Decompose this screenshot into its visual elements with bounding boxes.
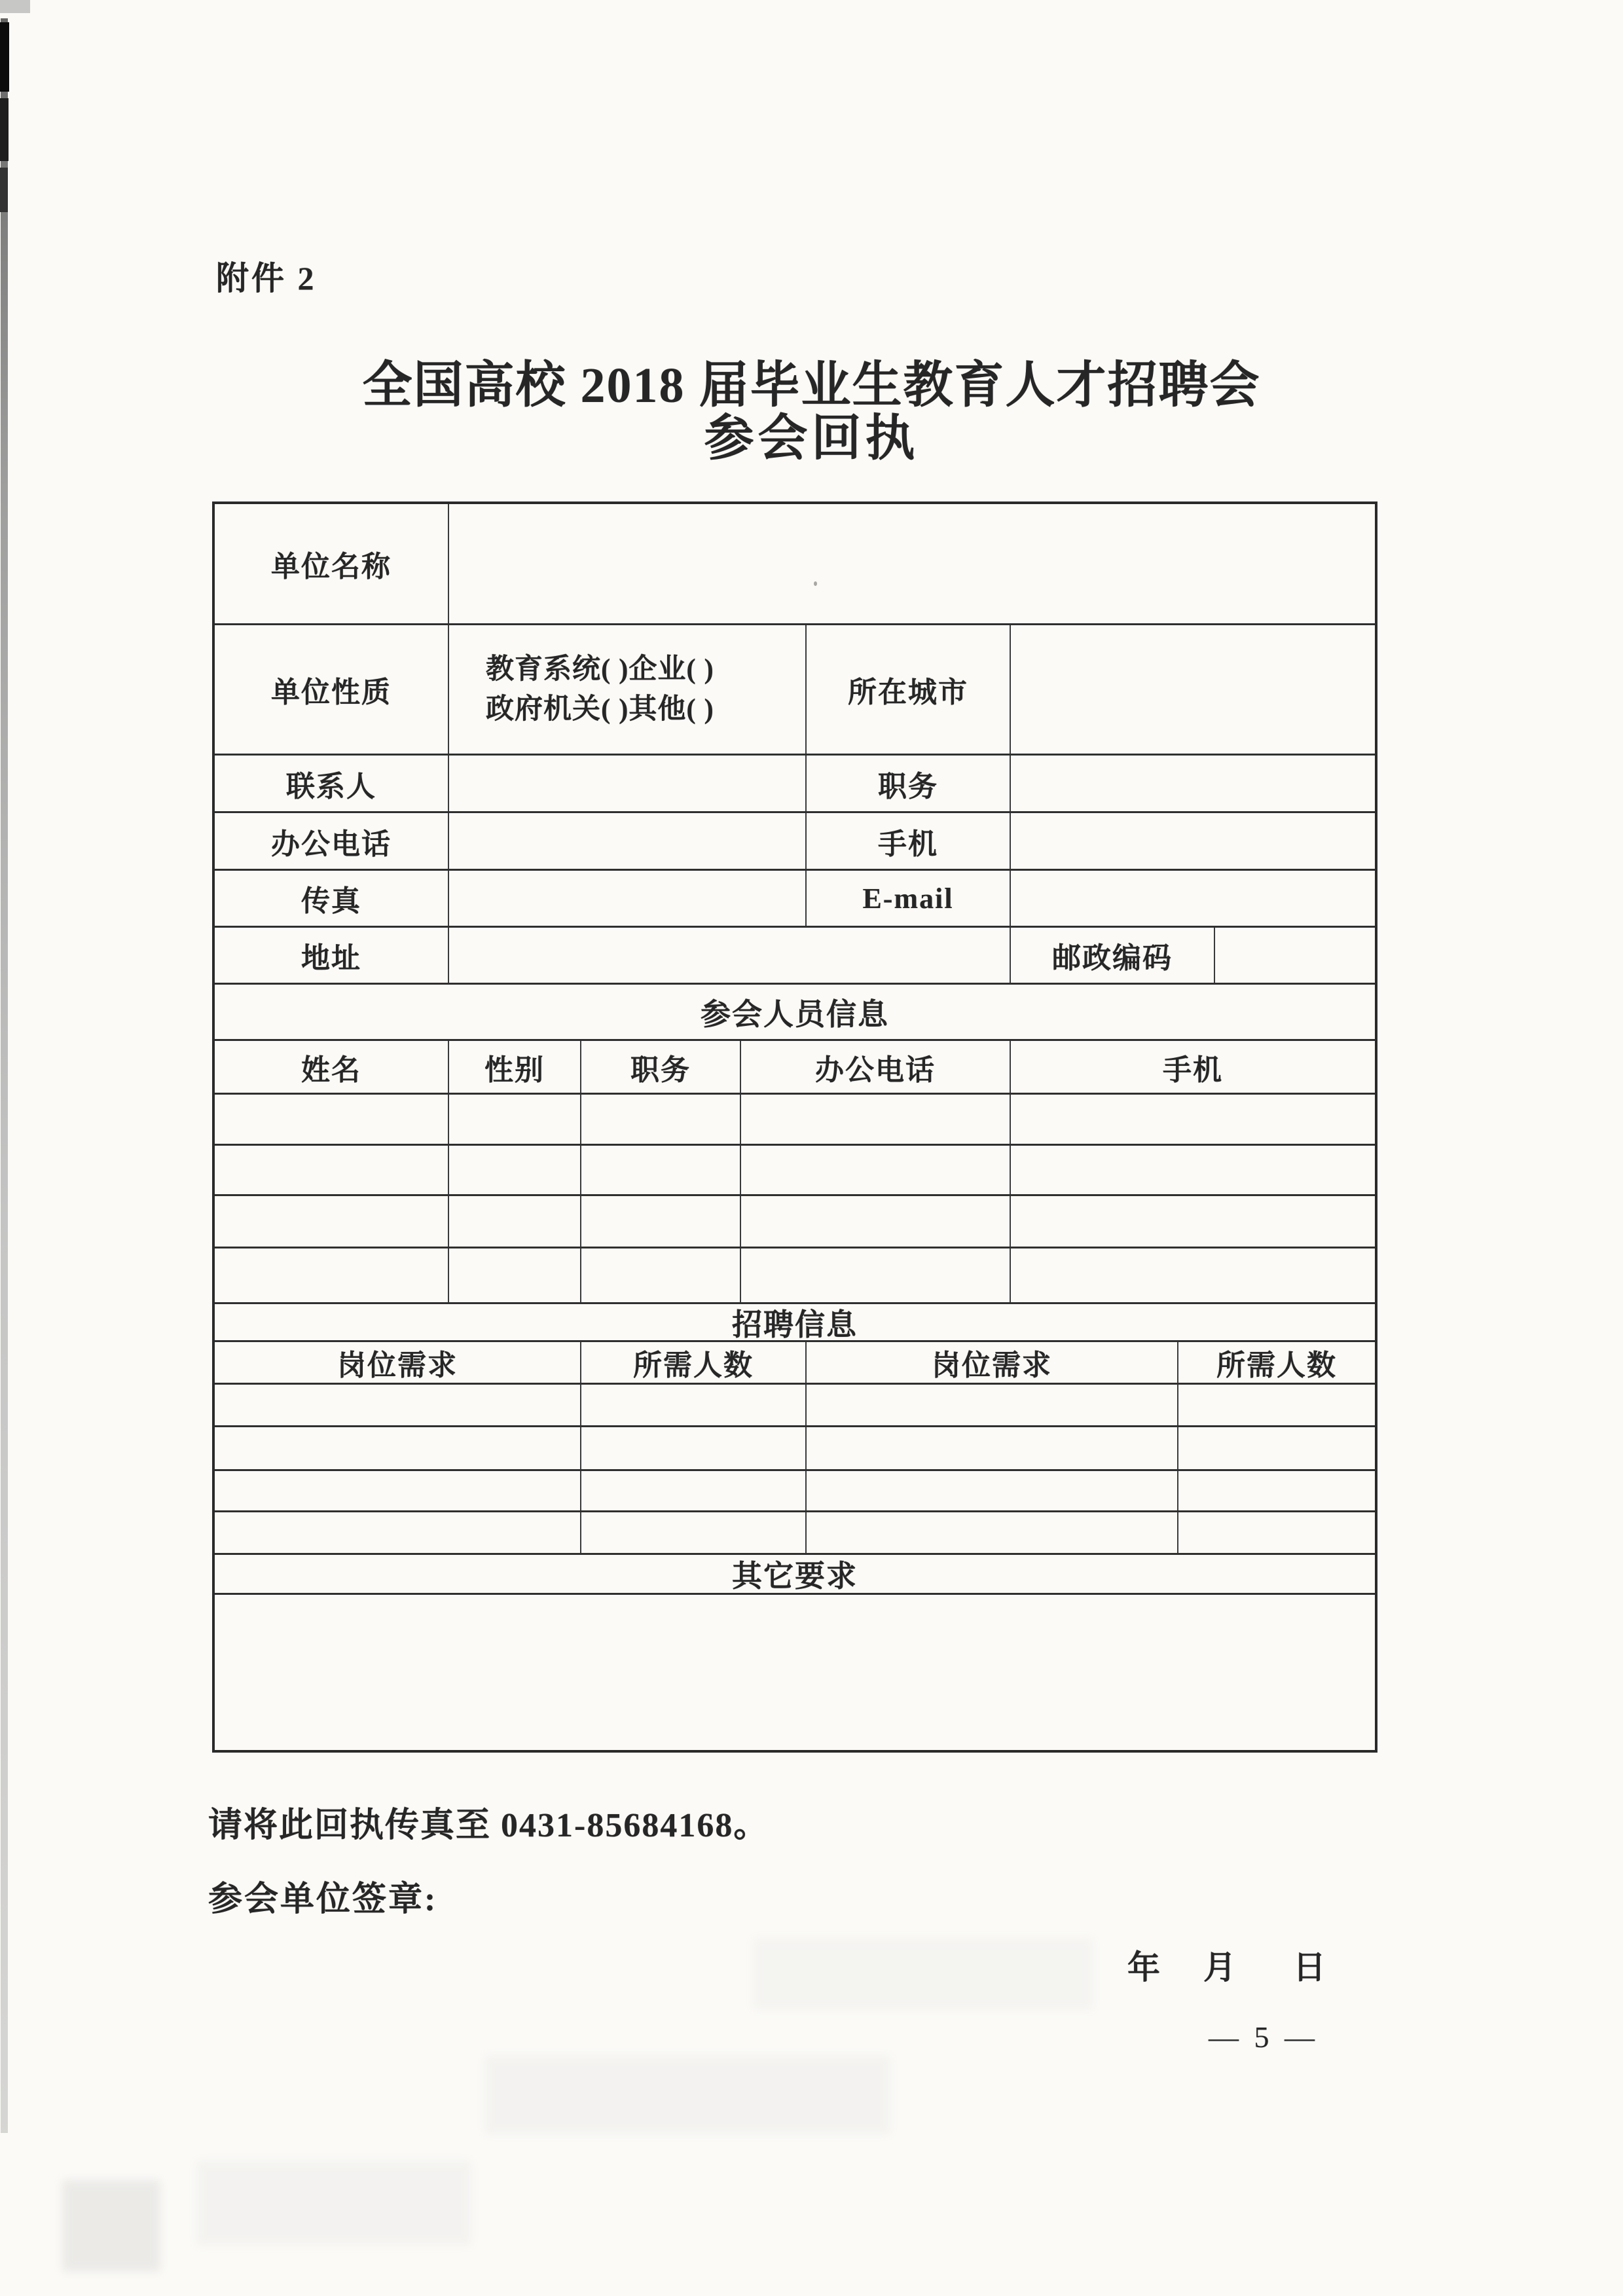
attendee-cell[interactable] [581,1248,741,1302]
contact-label: 联系人 [215,756,449,811]
attendee-cell[interactable] [215,1146,449,1194]
address-label: 地址 [215,928,449,983]
page-number: — 5 — [1172,2020,1355,2054]
address-input-cell[interactable] [449,928,1011,983]
other-requirements-row [215,1595,1375,1750]
duty-label: 职务 [807,756,1011,811]
other-section-row: 其它要求 [215,1555,1375,1595]
unit-name-row: 单位名称 [215,504,1375,625]
attendee-row [215,1146,1375,1196]
recruit-cell[interactable] [1178,1471,1375,1510]
recruit-cell[interactable] [581,1385,807,1425]
recruit-cell[interactable] [1178,1512,1375,1553]
recruit-cell[interactable] [215,1471,581,1510]
attendee-header-row: 姓名 性别 职务 办公电话 手机 [215,1041,1375,1095]
recruit-cell[interactable] [215,1385,581,1425]
postal-code-input-cell[interactable] [1215,928,1375,983]
date-year-label: 年 [1127,1949,1160,1986]
recruit-cell[interactable] [807,1427,1178,1469]
recruit-col-headcount: 所需人数 [581,1342,807,1383]
signature-label: 参会单位签章: [208,1871,437,1920]
attendee-cell[interactable] [215,1095,449,1144]
date-line: 年月日 [1127,1941,1326,1988]
recruit-col-post: 岗位需求 [215,1342,581,1383]
page-ghosting-artifact [196,2160,471,2246]
attendee-col-name: 姓名 [215,1041,449,1093]
recruit-row [215,1512,1375,1555]
duty-input-cell[interactable] [1011,756,1375,811]
page-ghosting-artifact [62,2180,160,2272]
attachment-label: 附件 2 [216,252,317,299]
attendee-cell[interactable] [449,1146,581,1194]
attendee-col-mobile: 手机 [1011,1041,1375,1093]
recruit-cell[interactable] [581,1512,807,1553]
city-label: 所在城市 [807,625,1011,754]
fax-input-cell[interactable] [449,871,807,926]
postal-code-label: 邮政编码 [1011,928,1215,983]
unit-type-row: 单位性质 教育系统( )企业( ) 政府机关( )其他( ) 所在城市 [215,625,1375,756]
form-title: 全国高校 2018 届毕业生教育人才招聘会 [0,355,1623,416]
attendee-cell[interactable] [581,1146,741,1194]
attendee-col-gender: 性别 [449,1041,581,1093]
attendee-cell[interactable] [741,1095,1011,1144]
recruit-col-headcount: 所需人数 [1178,1342,1375,1383]
attendee-cell[interactable] [1011,1146,1375,1194]
attendee-cell[interactable] [581,1095,741,1144]
unit-type-option-line: 政府机关( )其他( ) [486,689,714,729]
recruit-cell[interactable] [581,1471,807,1510]
attendee-cell[interactable] [741,1146,1011,1194]
recruit-cell[interactable] [807,1385,1178,1425]
attendee-cell[interactable] [215,1196,449,1247]
registration-table: 单位名称 单位性质 教育系统( )企业( ) 政府机关( )其他( ) 所在城市… [212,501,1377,1753]
attendee-section-row: 参会人员信息 [215,985,1375,1041]
recruit-row [215,1471,1375,1512]
unit-type-label: 单位性质 [215,625,449,754]
mobile-input-cell[interactable] [1011,813,1375,869]
scanner-blot-artifact [0,98,9,161]
email-input-cell[interactable] [1011,871,1375,926]
contact-row: 联系人 职务 [215,756,1375,813]
scanned-form-page: 附件 2 全国高校 2018 届毕业生教育人才招聘会 参会回执 单位名称 单位性… [0,0,1623,2296]
recruit-cell[interactable] [215,1427,581,1469]
attendee-cell[interactable] [449,1248,581,1302]
scanner-edge-artifact [1,18,8,2133]
office-phone-input-cell[interactable] [449,813,807,869]
attendee-cell[interactable] [1011,1095,1375,1144]
attendee-cell[interactable] [449,1196,581,1247]
recruit-cell[interactable] [1178,1385,1375,1425]
unit-type-option-line: 教育系统( )企业( ) [486,649,714,689]
attendee-cell[interactable] [1011,1248,1375,1302]
attendee-col-duty: 职务 [581,1041,741,1093]
mobile-label: 手机 [807,813,1011,869]
fax-instruction: 请将此回执传真至 0431-85684168。 [208,1797,769,1846]
other-section-title: 其它要求 [215,1555,1375,1593]
recruit-row [215,1385,1375,1427]
city-input-cell[interactable] [1011,625,1375,754]
attendee-cell[interactable] [741,1248,1011,1302]
recruit-header-row: 岗位需求 所需人数 岗位需求 所需人数 [215,1342,1375,1385]
page-ghosting-artifact [484,2056,890,2134]
attendee-section-title: 参会人员信息 [215,985,1375,1039]
office-phone-label: 办公电话 [215,813,449,869]
attendee-row [215,1095,1375,1146]
attendee-cell[interactable] [741,1196,1011,1247]
date-day-label: 日 [1293,1949,1326,1986]
scanner-blot-artifact [0,168,8,212]
contact-input-cell[interactable] [449,756,807,811]
recruit-cell[interactable] [1178,1427,1375,1469]
address-row: 地址 邮政编码 [215,928,1375,985]
email-label: E-mail [807,871,1011,926]
scanner-corner-artifact [0,0,30,13]
unit-name-label: 单位名称 [215,504,449,623]
date-month-label: 月 [1203,1949,1236,1986]
recruit-cell[interactable] [215,1512,581,1553]
recruit-cell[interactable] [807,1512,1178,1553]
unit-type-options-cell[interactable]: 教育系统( )企业( ) 政府机关( )其他( ) [449,625,807,754]
attendee-cell[interactable] [581,1196,741,1247]
attendee-row [215,1196,1375,1248]
scanner-blot-artifact [0,22,9,92]
recruit-row [215,1427,1375,1471]
attendee-cell[interactable] [449,1095,581,1144]
recruit-col-post: 岗位需求 [807,1342,1178,1383]
recruit-section-row: 招聘信息 [215,1304,1375,1342]
attendee-cell[interactable] [215,1248,449,1302]
attendee-row [215,1248,1375,1304]
recruit-section-title: 招聘信息 [215,1304,1375,1340]
office-phone-row: 办公电话 手机 [215,813,1375,871]
attendee-col-office-phone: 办公电话 [741,1041,1011,1093]
recruit-cell[interactable] [581,1427,807,1469]
recruit-cell[interactable] [807,1471,1178,1510]
page-ghosting-artifact [753,1938,1093,2010]
other-requirements-input-cell[interactable] [215,1595,1375,1750]
form-subtitle: 参会回执 [0,409,1623,469]
fax-label: 传真 [215,871,449,926]
unit-name-input-cell[interactable] [449,504,1375,623]
attendee-cell[interactable] [1011,1196,1375,1247]
fax-row: 传真 E-mail [215,871,1375,928]
